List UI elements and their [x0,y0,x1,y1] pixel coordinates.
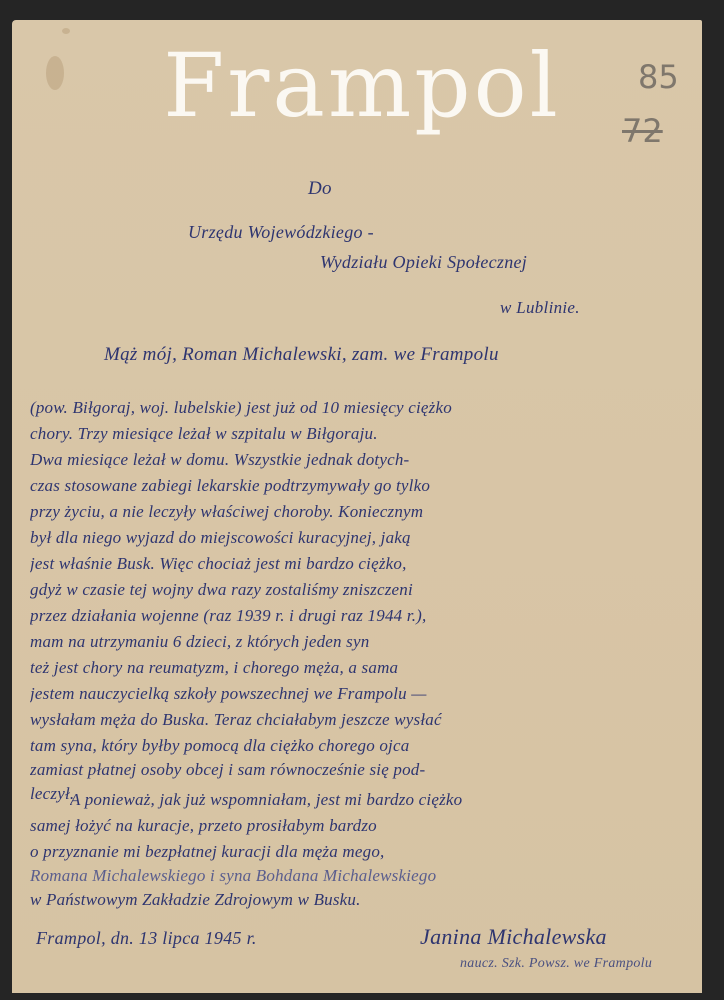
archive-number: 85 [638,58,679,96]
place-date: Frampol, dn. 13 lipca 1945 r. [36,928,257,949]
addressee-line: Wydziału Opieki Społecznej [320,252,527,273]
body-line: był dla niego wyjazd do miejscowości kur… [30,528,690,548]
archive-number-crossed: 72 [622,112,663,150]
body-line: Dwa miesiące leżał w domu. Wszystkie jed… [30,450,690,470]
signature-title: naucz. Szk. Powsz. we Frampolu [460,956,652,972]
body-line: przy życiu, a nie leczyły właściwej chor… [30,502,690,522]
body-line: przez działania wojenne (raz 1939 r. i d… [30,606,690,626]
body-line: chory. Trzy miesiące leżał w szpitalu w … [30,424,690,444]
water-stain [62,28,70,34]
body-line: gdyż w czasie tej wojny dwa razy zostali… [30,580,690,600]
opening-line: Mąż mój, Roman Michalewski, zam. we Fram… [104,344,499,366]
closing-line: samej łożyć na kuracje, przeto prosiłaby… [30,816,690,836]
body-line: też jest chory na reumatyzm, i chorego m… [30,658,690,678]
body-line: jest właśnie Busk. Więc chociaż jest mi … [30,554,690,574]
body-line: tam syna, który byłby pomocą dla ciężko … [30,736,690,756]
body-line: zamiast płatnej osoby obcej i sam równoc… [30,760,690,780]
page-title: Frampol [0,42,724,130]
closing-line: o przyznanie mi bezpłatnej kuracji dla m… [30,842,690,862]
body-line: wysłałam męża do Buska. Teraz chciałabym… [30,710,690,730]
closing-line: Romana Michalewskiego i syna Bohdana Mic… [30,866,690,886]
addressee-line: w Lublinie. [500,298,580,318]
closing-line: A ponieważ, jak już wspomniałam, jest mi… [70,790,690,810]
closing-line: w Państwowym Zakładzie Zdrojowym w Busku… [30,890,690,910]
salutation: Do [308,178,332,200]
signature: Janina Michalewska [420,924,607,950]
addressee-line: Urzędu Wojewódzkiego - [188,222,374,243]
body-line: (pow. Biłgoraj, woj. lubelskie) jest już… [30,398,690,418]
body-line: mam na utrzymaniu 6 dzieci, z których je… [30,632,690,652]
body-line: czas stosowane zabiegi lekarskie podtrzy… [30,476,690,496]
body-line: jestem nauczycielką szkoły powszechnej w… [30,684,690,704]
